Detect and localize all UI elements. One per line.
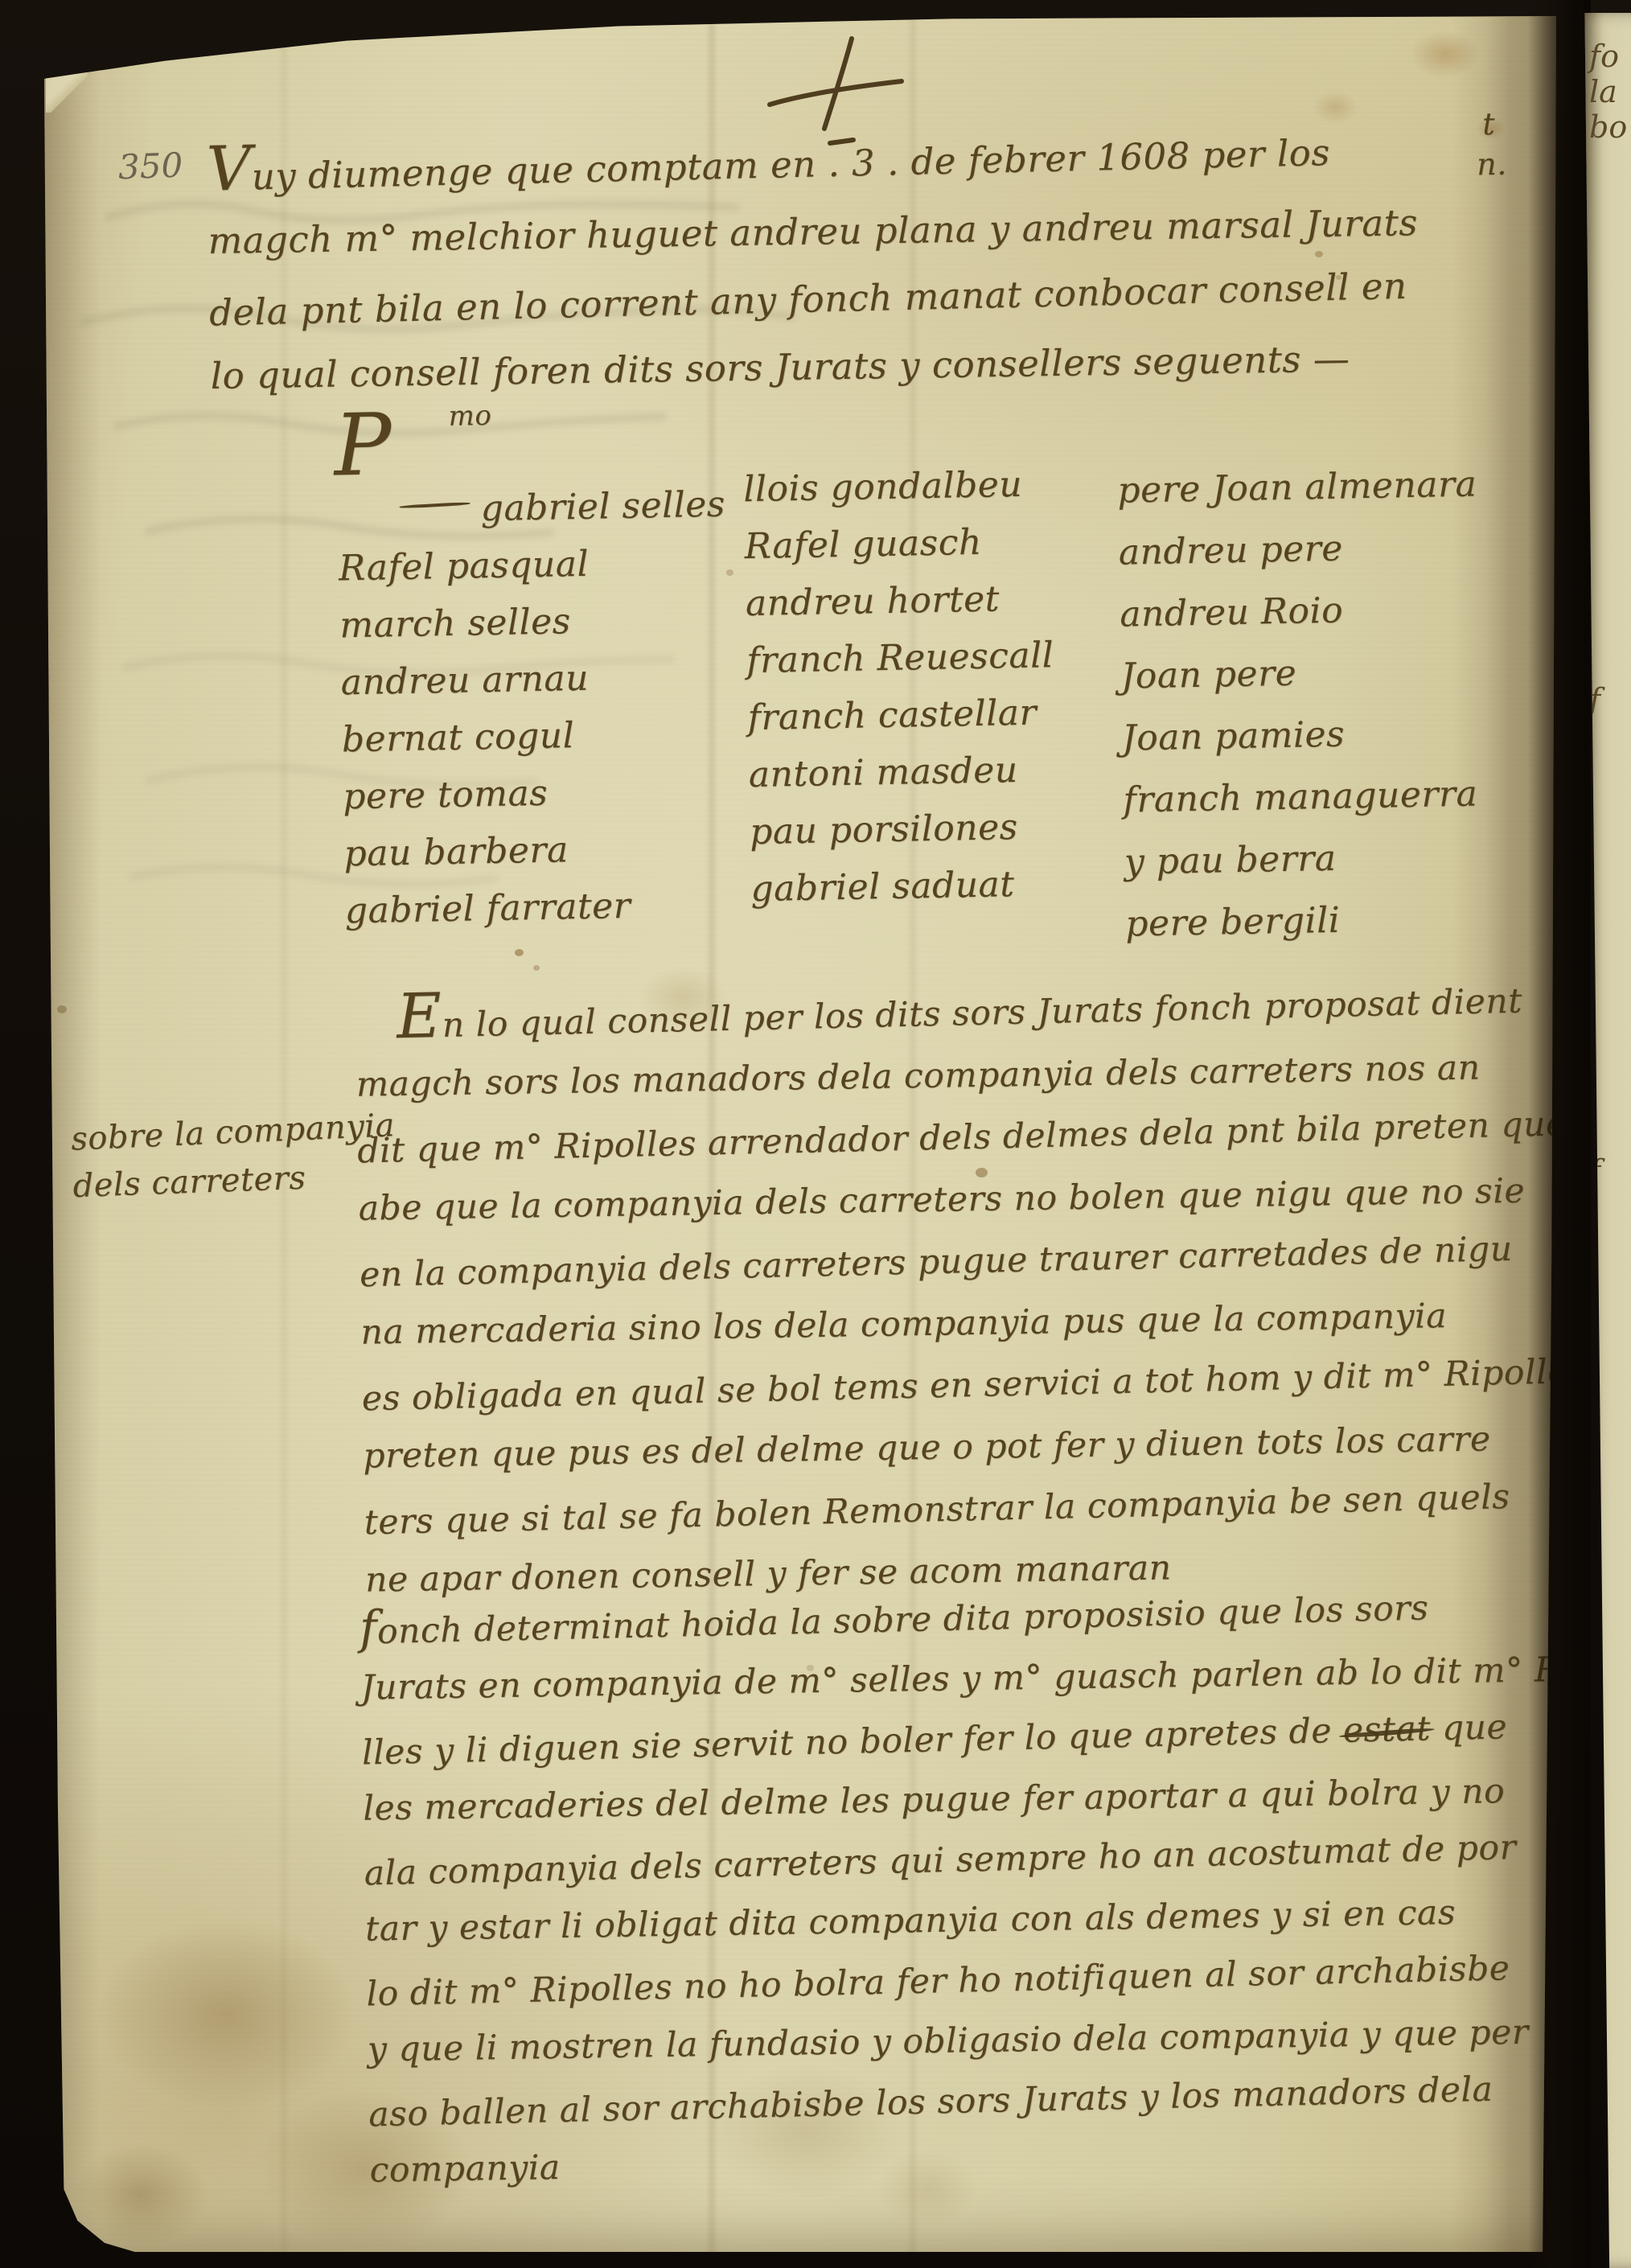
- councillor-name: pau porsilones: [750, 806, 1058, 869]
- councillor-name: andreu arnau: [340, 655, 729, 720]
- next-page-fragment: fo: [1589, 39, 1619, 74]
- resolution-line-post: que: [1430, 1707, 1507, 1748]
- councillor-name: gabriel farrater: [344, 884, 733, 948]
- ink-layer: Vuy diumenge que comptam en . 3 . de feb…: [27, 2, 1580, 2266]
- councillor-name: pere Joan almenara: [1117, 463, 1477, 532]
- councillor-name: andreu Roio: [1120, 587, 1480, 655]
- councillor-name: antoni masdeu: [748, 749, 1056, 811]
- edge-pen-mark: n.: [1477, 146, 1507, 183]
- councillor-name: franch Reuescall: [746, 635, 1054, 697]
- councillor-name: march selles: [339, 598, 728, 663]
- name-column-2: llois gondalbeu Rafel guasch andreu hort…: [743, 463, 1058, 926]
- councillor-name: Joan pamies: [1122, 711, 1482, 779]
- councillor-name: pere tomas: [343, 770, 731, 834]
- next-page-fragment: f: [1589, 1153, 1600, 1189]
- proposal-paragraph: En lo qual consell per los dits sors Jur…: [355, 983, 1590, 1625]
- councillor-name: gabriel selles: [480, 484, 725, 546]
- councillor-name: Rafel pasqual: [339, 541, 727, 606]
- next-page-fragment: f: [1589, 682, 1600, 717]
- councillor-name: andreu hortet: [746, 577, 1054, 640]
- councillor-name: bernat cogul: [342, 713, 730, 777]
- councillor-name: gabriel saduat: [750, 863, 1058, 926]
- struck-out-word: estat: [1342, 1709, 1431, 1750]
- next-page-fragment: la: [1589, 74, 1617, 109]
- opening-paragraph: Vuy diumenge que comptam en . 3 . de feb…: [207, 132, 1421, 425]
- paper-crease: [1485, 16, 1534, 2252]
- resolution-paragraph: fonch determinat hoida la sobre dita pro…: [359, 1588, 1625, 2213]
- name-column-1: gabriel selles Rafel pasqual march selle…: [337, 484, 733, 948]
- gutter-shadow: [1528, 0, 1591, 2268]
- name-column-3: pere Joan almenara andreu pere andreu Ro…: [1117, 463, 1485, 965]
- margin-note: sobre la companyia dels carreters: [70, 1107, 397, 1217]
- photographed-manuscript: 350 Vuy diumenge que comptam en . 3 . de…: [0, 0, 1631, 2268]
- councillor-name: Rafel guasch: [744, 520, 1052, 583]
- councillor-name: y pau berra: [1124, 835, 1484, 903]
- councillor-name: llois gondalbeu: [743, 463, 1051, 526]
- list-heading-primo: P: [333, 395, 392, 495]
- edge-pen-mark: t: [1482, 106, 1496, 142]
- councillor-name: Joan pere: [1120, 649, 1481, 717]
- list-heading-superscript: mo: [448, 400, 491, 433]
- councillor-name: pau barbera: [343, 827, 732, 891]
- councillor-name: pere bergili: [1125, 897, 1485, 965]
- next-page-fragment: bo: [1589, 109, 1627, 145]
- councillor-name: franch castellar: [747, 692, 1055, 754]
- manuscript-page: 350 Vuy diumenge que comptam en . 3 . de…: [44, 16, 1556, 2252]
- councillor-name: andreu pere: [1118, 525, 1478, 594]
- councillor-name: franch managuerra: [1123, 773, 1483, 841]
